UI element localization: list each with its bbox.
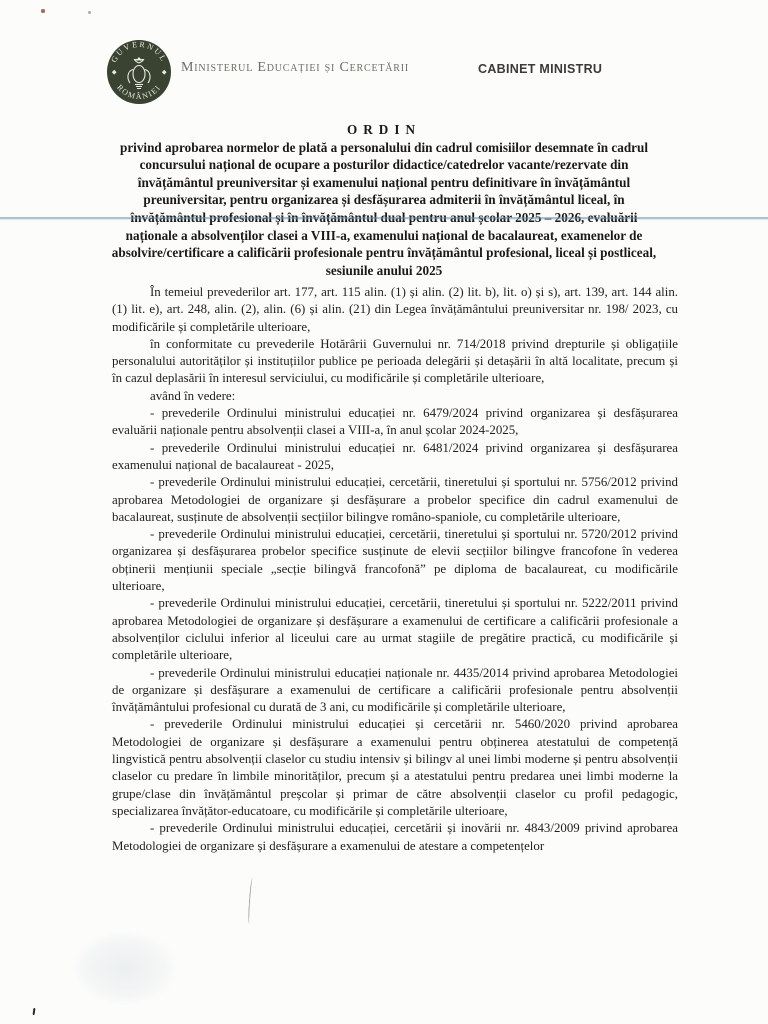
body-paragraph: - prevederile Ordinului ministrului educ… [112,526,678,595]
romanian-government-seal-icon: GUVERNUL ROMÂNIEI [106,39,172,105]
document-header: GUVERNUL ROMÂNIEI Ministerul Educației ș… [0,0,768,110]
body-paragraph: - prevederile Ordinului ministrului educ… [112,405,678,440]
ministry-name: Ministerul Educației și Cercetării [181,60,409,76]
body-paragraph: - prevederile Ordinului ministrului educ… [112,474,678,526]
order-title-block: ORDIN privind aprobarea normelor de plat… [106,121,662,279]
body-paragraph: - prevederile Ordinului ministrului educ… [112,665,678,717]
body-paragraph: având în vedere: [112,388,678,405]
body-paragraph: - prevederile Ordinului ministrului educ… [112,440,678,475]
body-paragraph: În temeiul prevederilor art. 177, art. 1… [112,284,678,336]
scan-speck-gray [88,11,91,14]
stamp-ghost-artifact [55,918,195,1018]
body-paragraph: - prevederile Ordinului ministrului educ… [112,595,678,664]
body-paragraph: - prevederile Ordinului ministrului educ… [112,820,678,855]
pen-stroke-artifact [247,878,254,924]
scan-speck-red [41,9,45,13]
cabinet-ministru-label: CABINET MINISTRU [478,62,602,76]
corner-ink-mark [33,1008,36,1015]
order-body-text: În temeiul prevederilor art. 177, art. 1… [112,284,678,855]
body-paragraph: în conformitate cu prevederile Hotărârii… [112,336,678,388]
order-heading: ORDIN [106,121,662,139]
body-paragraph: - prevederile Ordinului ministrului educ… [112,716,678,820]
document-page: GUVERNUL ROMÂNIEI Ministerul Educației ș… [0,0,768,1024]
order-subtitle: privind aprobarea normelor de plată a pe… [106,139,662,280]
